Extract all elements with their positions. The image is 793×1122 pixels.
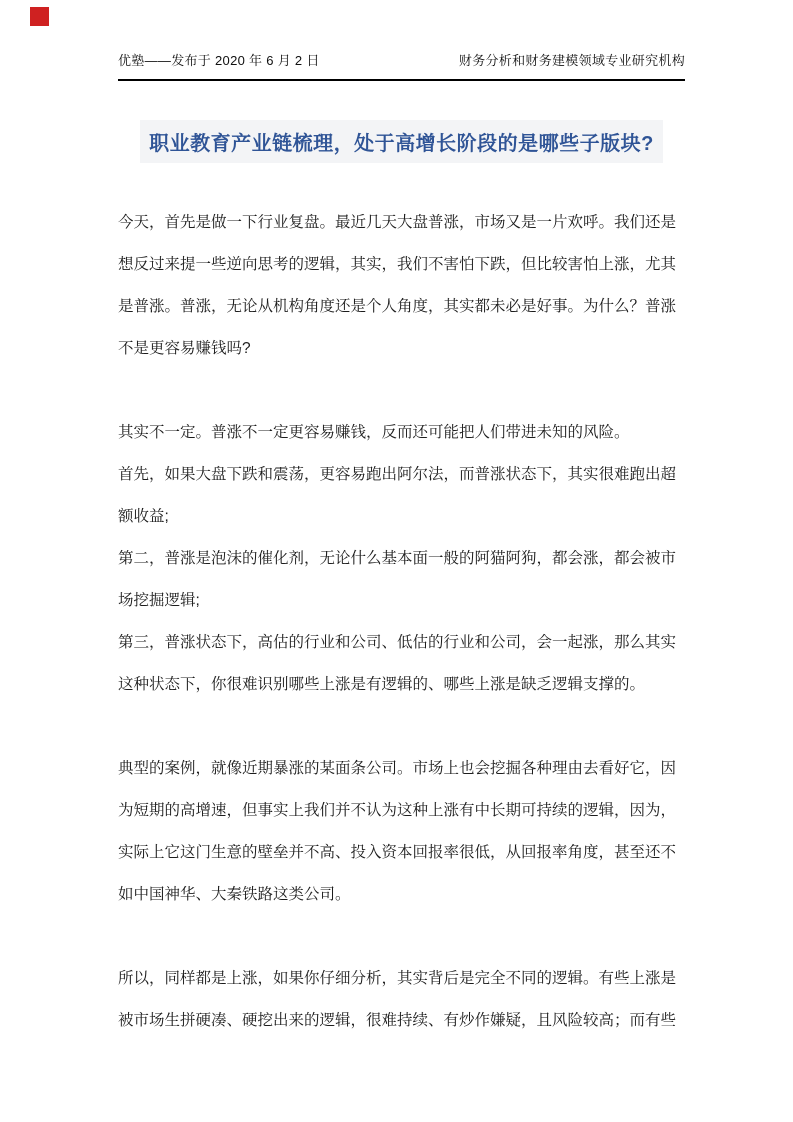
- header-publisher-date: 优塾——发布于 2020 年 6 月 2 日: [118, 50, 320, 69]
- paragraph: 第二，普涨是泡沫的催化剂，无论什么基本面一般的阿猫阿狗，都会涨，都会被市场挖掘逻…: [118, 538, 676, 622]
- brand-logo-square: [30, 7, 49, 26]
- paragraph: 首先，如果大盘下跌和震荡，更容易跑出阿尔法，而普涨状态下，其实很难跑出超额收益;: [118, 454, 676, 538]
- paragraph: 其实不一定。普涨不一定更容易赚钱，反而还可能把人们带进未知的风险。: [118, 412, 676, 454]
- article-body: 今天，首先是做一下行业复盘。最近几天大盘普涨，市场又是一片欢呼。我们还是想反过来…: [118, 202, 676, 1042]
- paragraph: 典型的案例，就像近期暴涨的某面条公司。市场上也会挖掘各种理由去看好它，因为短期的…: [118, 748, 676, 916]
- page-title: 职业教育产业链梳理，处于高增长阶段的是哪些子版块?: [140, 120, 663, 163]
- paragraph: 第三，普涨状态下，高估的行业和公司、低估的行业和公司，会一起涨，那么其实这种状态…: [118, 622, 676, 706]
- header-org-tagline: 财务分析和财务建模领域专业研究机构: [459, 50, 685, 69]
- paragraph: 今天，首先是做一下行业复盘。最近几天大盘普涨，市场又是一片欢呼。我们还是想反过来…: [118, 202, 676, 370]
- page-header: 优塾——发布于 2020 年 6 月 2 日 财务分析和财务建模领域专业研究机构: [118, 50, 685, 81]
- document-page: { "page": { "background": "#ffffff", "lo…: [0, 0, 793, 1122]
- title-block: 职业教育产业链梳理，处于高增长阶段的是哪些子版块?: [118, 120, 685, 163]
- paragraph: 所以，同样都是上涨，如果你仔细分析，其实背后是完全不同的逻辑。有些上涨是被市场生…: [118, 958, 676, 1042]
